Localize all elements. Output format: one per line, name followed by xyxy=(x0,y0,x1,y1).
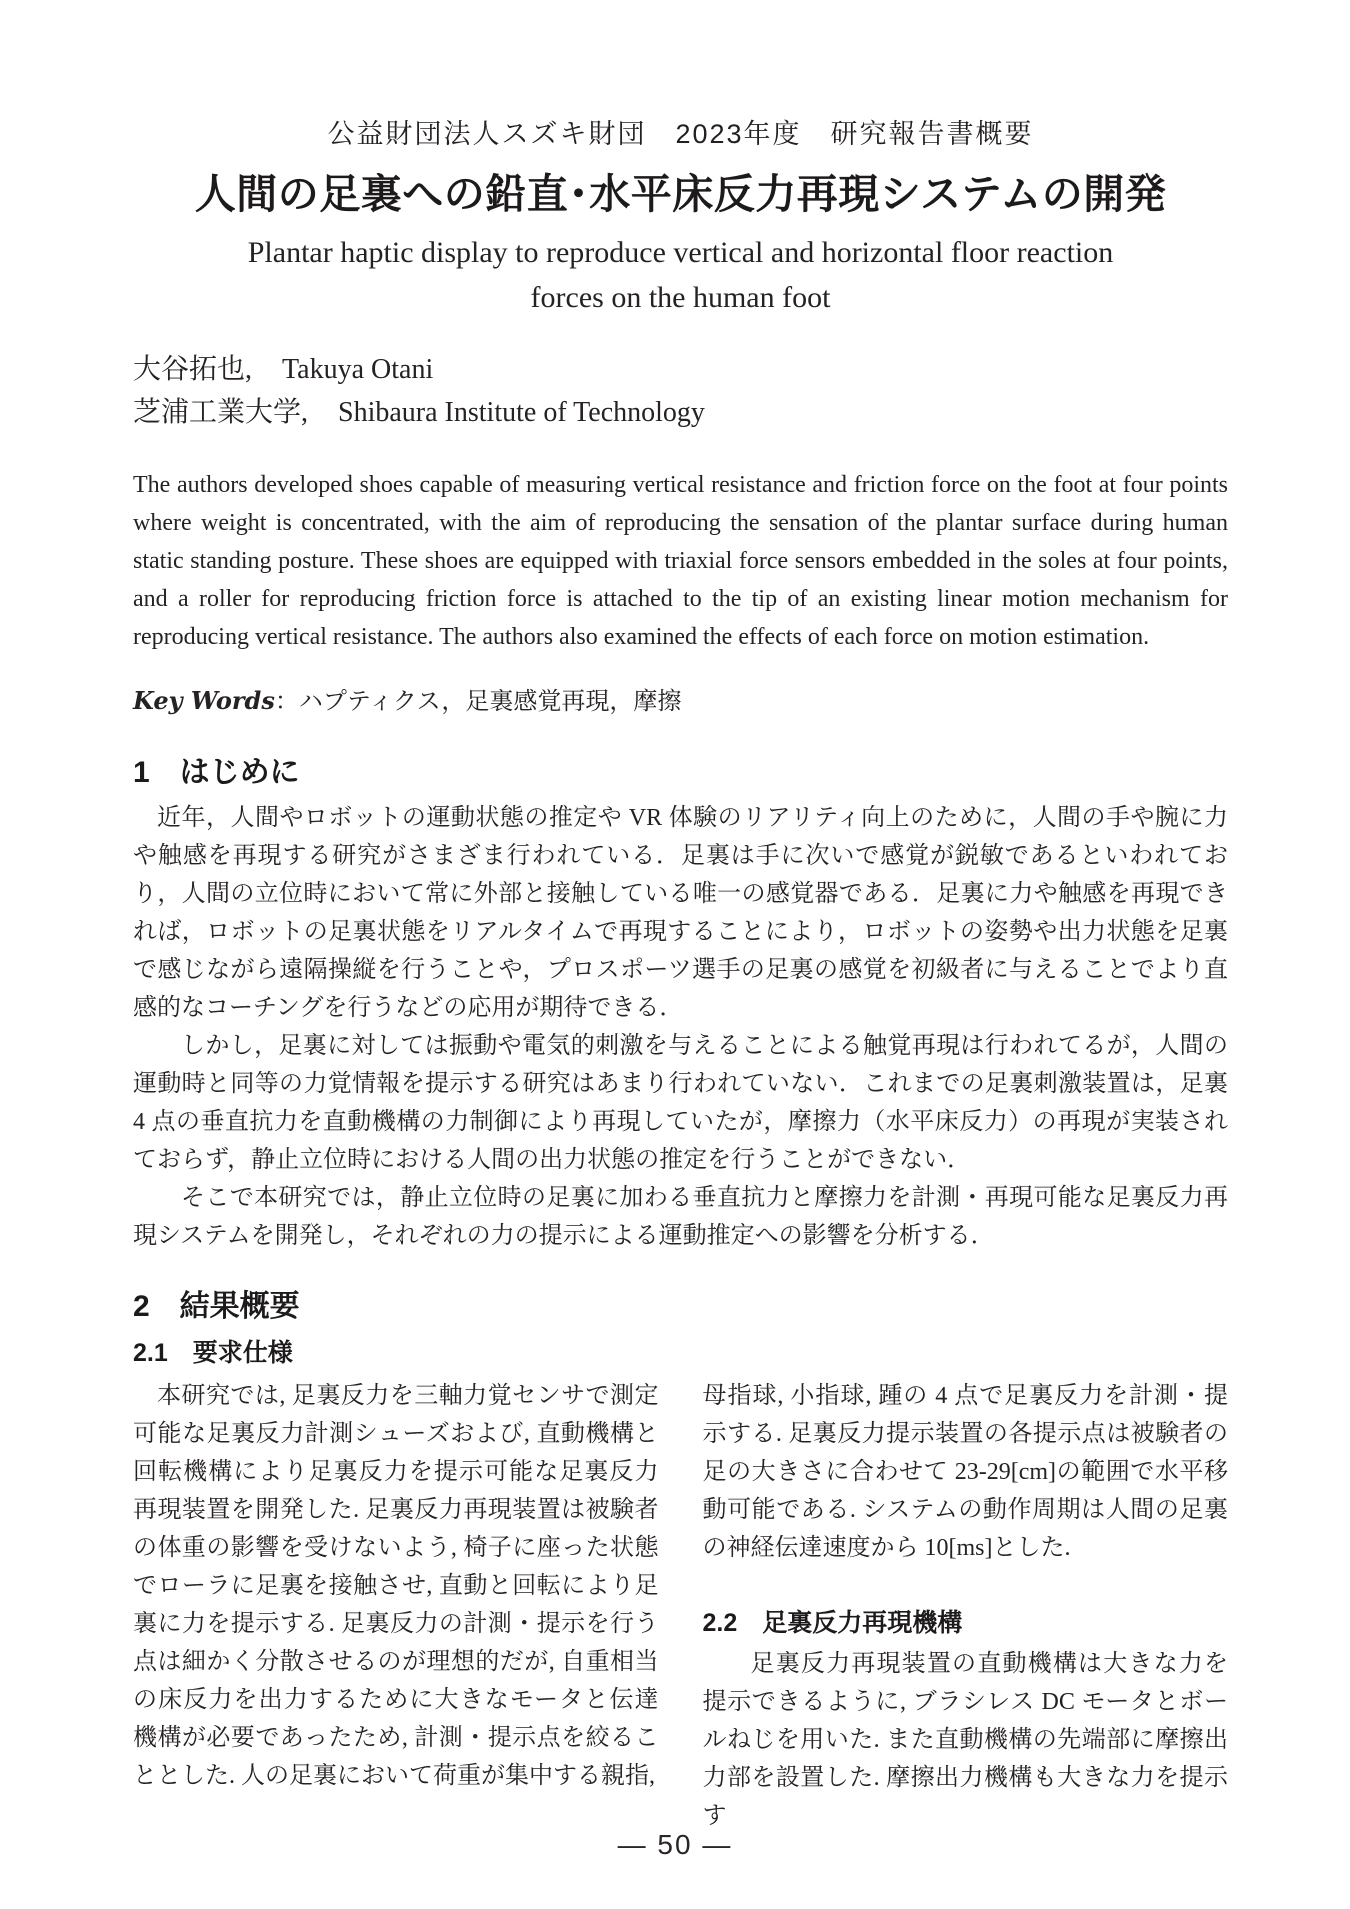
affiliation-line: 芝浦工業大学,Shibaura Institute of Technology xyxy=(133,391,1228,434)
column-spacer xyxy=(703,1567,1229,1595)
author-block: 大谷拓也,Takuya Otani 芝浦工業大学,Shibaura Instit… xyxy=(133,348,1228,434)
two-column-body: 本研究では, 足裏反力を三軸力覚センサで測定可能な足裏反力計測シューズおよび, … xyxy=(133,1377,1228,1835)
section-1-body: 近年，人間やロボットの運動状態の推定や VR 体験のリアリティ向上のために，人間… xyxy=(133,799,1228,1255)
report-title-english: Plantar haptic display to reproduce vert… xyxy=(133,230,1228,320)
right-column-paragraph-1: 母指球, 小指球, 踵の 4 点で足裏反力を計測・提示する. 足裏反力提示装置の… xyxy=(703,1377,1229,1567)
author-name-japanese: 大谷拓也, xyxy=(133,354,252,385)
report-page: 公益財団法人スズキ財団 2023年度 研究報告書概要 人間の足裏への鉛直･水平床… xyxy=(0,0,1350,1909)
keywords-line: Key Words：ハプティクス，足裏感覚再現，摩擦 xyxy=(133,682,1228,721)
author-line: 大谷拓也,Takuya Otani xyxy=(133,348,1228,391)
subsection-2-2-heading: 2.2 足裏反力再現機構 xyxy=(703,1603,1229,1639)
report-title-english-line2: forces on the human foot xyxy=(133,275,1228,320)
subsection-2-1-heading: 2.1 要求仕様 xyxy=(133,1333,1228,1369)
foundation-header: 公益財団法人スズキ財団 2023年度 研究報告書概要 xyxy=(133,112,1228,151)
affiliation-japanese: 芝浦工業大学, xyxy=(133,397,308,428)
section-2-heading: 2 結果概要 xyxy=(133,1281,1228,1325)
section-1-paragraph-1: 近年，人間やロボットの運動状態の推定や VR 体験のリアリティ向上のために，人間… xyxy=(133,799,1228,1027)
keywords-text: ：ハプティクス，足裏感覚再現，摩擦 xyxy=(275,689,682,715)
report-title-english-line1: Plantar haptic display to reproduce vert… xyxy=(133,230,1228,275)
author-name-english: Takuya Otani xyxy=(282,354,433,385)
right-column-paragraph-2: 足裏反力再現装置の直動機構は大きな力を提示できるように, ブラシレス DC モー… xyxy=(703,1645,1229,1835)
abstract-paragraph: The authors developed shoes capable of m… xyxy=(133,466,1228,656)
report-title-japanese: 人間の足裏への鉛直･水平床反力再現システムの開発 xyxy=(133,161,1228,220)
section-1-paragraph-2: しかし，足裏に対しては振動や電気的刺激を与えることによる触覚再現は行われてるが，… xyxy=(133,1027,1228,1179)
section-1-paragraph-3: そこで本研究では，静止立位時の足裏に加わる垂直抗力と摩擦力を計測・再現可能な足裏… xyxy=(133,1179,1228,1255)
affiliation-english: Shibaura Institute of Technology xyxy=(338,397,705,428)
left-column: 本研究では, 足裏反力を三軸力覚センサで測定可能な足裏反力計測シューズおよび, … xyxy=(133,1377,659,1835)
left-column-paragraph: 本研究では, 足裏反力を三軸力覚センサで測定可能な足裏反力計測シューズおよび, … xyxy=(133,1377,659,1795)
section-1-heading: 1 はじめに xyxy=(133,747,1228,791)
page-number: — 50 — xyxy=(0,1829,1350,1861)
keywords-label: Key Words xyxy=(133,686,275,715)
right-column: 母指球, 小指球, 踵の 4 点で足裏反力を計測・提示する. 足裏反力提示装置の… xyxy=(703,1377,1229,1835)
